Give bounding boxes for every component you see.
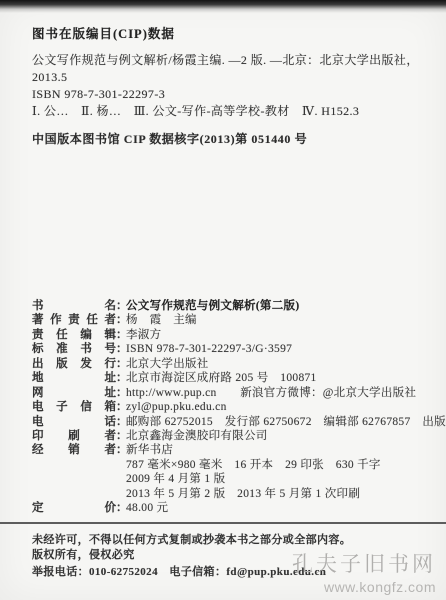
colophon-value: 邮购部 62752015 发行部 62750672 编辑部 62767857 出… (126, 416, 446, 428)
colophon-row: 2013 年 5 月第 2 版 2013 年 5 月第 1 次印刷 (32, 487, 438, 501)
colophon-row: 电子信箱：zyl@pup.pku.edu.cn (32, 400, 438, 414)
colophon-label: 电子信箱 (32, 400, 116, 414)
colophon-colon: ： (116, 313, 126, 327)
colophon-value: 2009 年 4 月第 1 版 (126, 473, 225, 485)
colophon-row: 标准书号：ISBN 978-7-301-22297-3/G·3597 (32, 342, 438, 356)
colophon-label: 著作责任者 (32, 313, 116, 327)
colophon-colon: ： (116, 357, 126, 371)
colophon-value: 787 毫米×980 毫米 16 开本 29 印张 630 千字 (126, 459, 381, 471)
colophon-label: 责任编辑 (32, 328, 116, 342)
notice-line: 未经许可，不得以任何方式复制或抄袭本书之部分或全部内容。 (32, 533, 430, 548)
kongfz-watermark: 孔夫子旧书网 www.kongfz.com (292, 548, 436, 595)
colophon-row: 电话：邮购部 62752015 发行部 62750672 编辑部 6276785… (32, 415, 438, 429)
colophon-label: 标准书号 (32, 342, 116, 356)
colophon-label: 经销者 (32, 443, 116, 457)
colophon-value: zyl@pup.pku.edu.cn (126, 401, 227, 413)
colophon-value: ISBN 978-7-301-22297-3/G·3597 (126, 343, 292, 355)
colophon-colon: ： (116, 342, 126, 356)
colophon-colon: ： (116, 371, 126, 385)
colophon-colon: ： (116, 328, 126, 342)
colophon-list: 书名：公文写作规范与例文解析(第二版) 著作责任者：杨 霞 主编 责任编辑：李淑… (32, 299, 438, 516)
colophon-row: 定价：48.00 元 (32, 501, 438, 515)
colophon-row: 787 毫米×980 毫米 16 开本 29 印张 630 千字 (32, 458, 438, 472)
cip-header: 图书在版编目(CIP)数据 (32, 24, 175, 42)
colophon-colon: ： (116, 400, 126, 414)
cip-description: 公文写作规范与例文解析/杨霞主编. —2 版. —北京：北京大学出版社，2013… (32, 52, 430, 103)
colophon-colon: ： (116, 386, 126, 400)
colophon-colon: ： (116, 443, 126, 457)
colophon-value: http://www.pup.cn 新浪官方微博：@北京大学出版社 (126, 387, 416, 399)
colophon-value: 48.00 元 (126, 502, 168, 514)
separator-rule (0, 522, 446, 524)
colophon-colon: ： (116, 501, 126, 515)
colophon-value: 李淑方 (126, 329, 161, 341)
cip-record-number: 中国版本图书馆 CIP 数据核字(2013)第 051440 号 (32, 130, 430, 147)
colophon-label: 网址 (32, 386, 116, 400)
cip-classification: Ⅰ. 公… Ⅱ. 杨… Ⅲ. 公文-写作-高等学校-教材 Ⅳ. H152.3 (32, 102, 430, 119)
colophon-colon: ： (116, 415, 126, 429)
colophon-row: 经销者：新华书店 (32, 443, 438, 457)
colophon-value: 杨 霞 主编 (126, 314, 197, 326)
colophon-label: 书名 (32, 299, 116, 313)
watermark-site-name: 孔夫子旧书网 (292, 548, 436, 578)
cip-isbn-line: ISBN 978-7-301-22297-3 (32, 86, 430, 103)
colophon-row: 著作责任者：杨 霞 主编 (32, 313, 438, 327)
colophon-label: 电话 (32, 415, 116, 429)
colophon-label: 定价 (32, 501, 116, 515)
colophon-row: 网址：http://www.pup.cn 新浪官方微博：@北京大学出版社 (32, 386, 438, 400)
watermark-site-url: www.kongfz.com (292, 579, 436, 595)
copyright-page: 图书在版编目(CIP)数据 公文写作规范与例文解析/杨霞主编. —2 版. —北… (0, 0, 446, 600)
colophon-label: 出版发行 (32, 357, 116, 371)
colophon-row: 地址：北京市海淀区成府路 205 号 100871 (32, 371, 438, 385)
colophon-colon: ： (116, 429, 126, 443)
colophon-value: 新华书店 (126, 444, 173, 456)
colophon-colon: ： (116, 299, 126, 313)
colophon-value: 北京市海淀区成府路 205 号 100871 (126, 372, 317, 384)
colophon-label: 印刷者 (32, 429, 116, 443)
colophon-value: 2013 年 5 月第 2 版 2013 年 5 月第 1 次印刷 (126, 488, 360, 500)
scan-edge-shadow (0, 0, 446, 13)
colophon-row: 出版发行：北京大学出版社 (32, 357, 438, 371)
report-contact-line: 举报电话：010-62752024 电子信箱：fd@pup.pku.edu.cn (32, 563, 326, 579)
cip-title-line: 公文写作规范与例文解析/杨霞主编. —2 版. —北京：北京大学出版社，2013… (32, 52, 430, 86)
colophon-value: 北京大学出版社 (126, 358, 209, 370)
colophon-row: 印刷者：北京鑫海金澳胶印有限公司 (32, 429, 438, 443)
colophon-row: 2009 年 4 月第 1 版 (32, 472, 438, 486)
colophon-value: 北京鑫海金澳胶印有限公司 (126, 430, 268, 442)
colophon-row: 书名：公文写作规范与例文解析(第二版) (32, 299, 438, 313)
colophon-value: 公文写作规范与例文解析(第二版) (126, 300, 299, 312)
colophon-row: 责任编辑：李淑方 (32, 328, 438, 342)
colophon-label: 地址 (32, 371, 116, 385)
